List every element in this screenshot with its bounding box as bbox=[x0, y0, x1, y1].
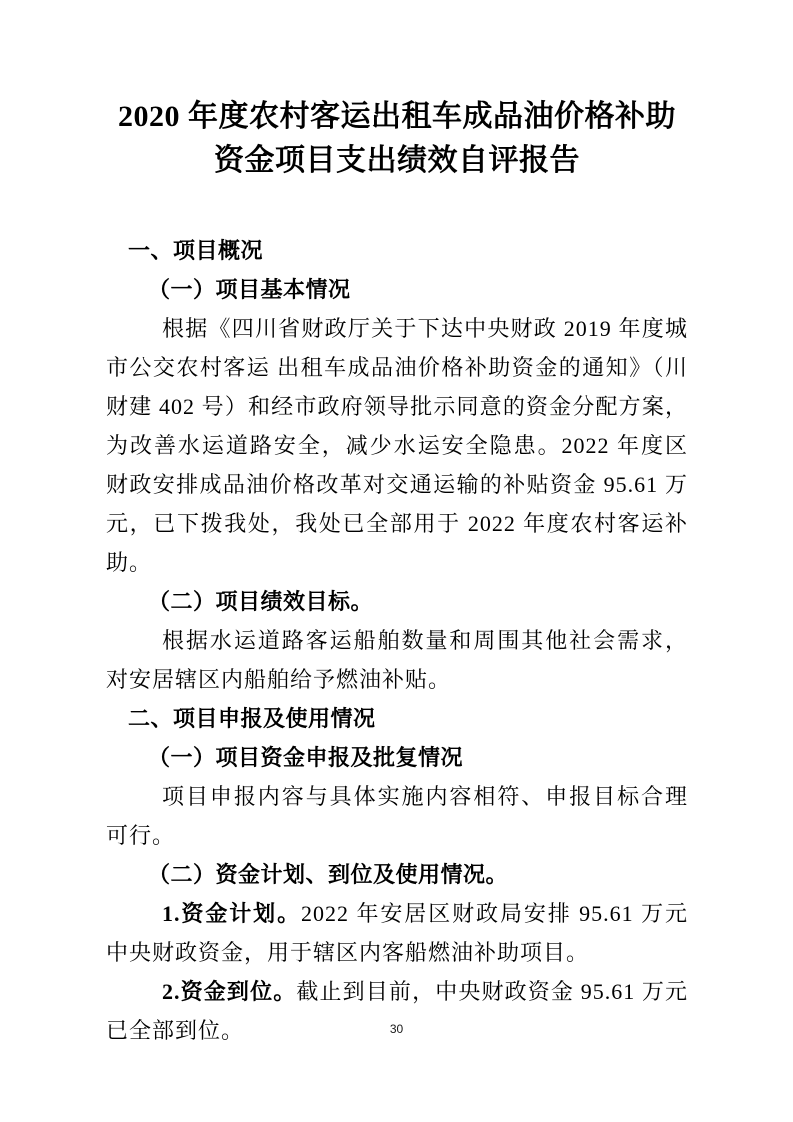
paragraph-fund-plan-lead: 1.资金计划。 bbox=[162, 901, 301, 926]
subsection-heading-1-2: （二）项目绩效目标。 bbox=[106, 582, 688, 621]
section-heading-2: 二、项目申报及使用情况 bbox=[106, 699, 688, 738]
document-page: 2020 年度农村客运出租车成品油价格补助 资金项目支出绩效自评报告 一、项目概… bbox=[0, 0, 793, 1122]
document-title-line-2: 资金项目支出绩效自评报告 bbox=[106, 139, 688, 183]
page-number: 30 bbox=[0, 1022, 793, 1036]
subsection-heading-1-1: （一）项目基本情况 bbox=[106, 270, 688, 309]
document-content: 2020 年度农村客运出租车成品油价格补助 资金项目支出绩效自评报告 一、项目概… bbox=[106, 95, 688, 1050]
document-title: 2020 年度农村客运出租车成品油价格补助 资金项目支出绩效自评报告 bbox=[106, 95, 688, 183]
paragraph-fund-plan: 1.资金计划。2022 年安居区财政局安排 95.61 万元中央财政资金，用于辖… bbox=[106, 894, 688, 972]
paragraph-fund-arrival: 2.资金到位。截止到目前，中央财政资金 95.61 万元已全部到位。 bbox=[106, 972, 688, 1050]
paragraph-project-basic-info: 根据《四川省财政厅关于下达中央财政 2019 年度城市公交农村客运 出租车成品油… bbox=[106, 309, 688, 582]
subsection-heading-2-1: （一）项目资金申报及批复情况 bbox=[106, 738, 688, 777]
document-title-line-1: 2020 年度农村客运出租车成品油价格补助 bbox=[106, 95, 688, 139]
section-heading-1: 一、项目概况 bbox=[106, 231, 688, 270]
paragraph-performance-goal: 根据水运道路客运船舶数量和周围其他社会需求，对安居辖区内船舶给予燃油补贴。 bbox=[106, 621, 688, 699]
paragraph-fund-arrival-lead: 2.资金到位。 bbox=[162, 979, 296, 1004]
paragraph-application-approval: 项目申报内容与具体实施内容相符、申报目标合理可行。 bbox=[106, 777, 688, 855]
subsection-heading-2-2: （二）资金计划、到位及使用情况。 bbox=[106, 855, 688, 894]
